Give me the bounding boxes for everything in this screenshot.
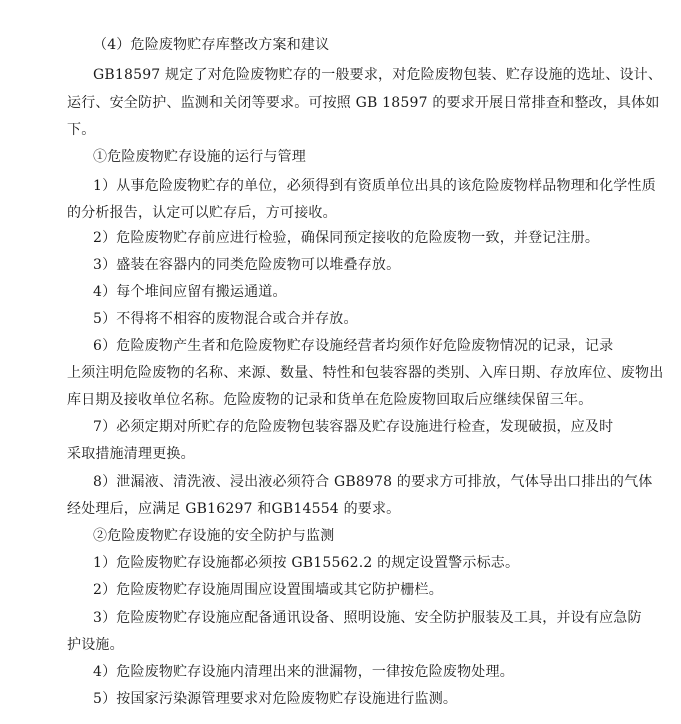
intro-line: GB18597 规定了对危险废物贮存的一般要求，对危险废物包装、贮存设施的选址、… <box>93 66 662 84</box>
text-line: 4）危险废物贮存设施内清理出来的泄漏物，一律按危险废物处理。 <box>93 663 514 681</box>
text-line: 4）每个堆间应留有搬运通道。 <box>93 283 287 301</box>
text-line: 7）必须定期对所贮存的危险废物包装容器及贮存设施进行检查，发现破损，应及时 <box>93 418 613 436</box>
intro-line: 下。 <box>67 121 95 139</box>
text-line: 2）危险废物贮存设施周围应设置围墙或其它防护栅栏。 <box>93 581 443 599</box>
text-line: 经处理后，应满足 GB16297 和GB14554 的要求。 <box>67 500 400 518</box>
text-line: 采取措施清理更换。 <box>67 445 195 463</box>
text-line: 2）危险废物贮存前应进行检验，确保同预定接收的危险废物一致，并登记注册。 <box>93 229 599 247</box>
text-line: 8）泄漏液、清洗液、浸出液必须符合 GB8978 的要求方可排放，气体导出口排出… <box>93 473 653 491</box>
text-line: 库日期及接收单位名称。危险废物的记录和货单在危险废物回取后应继续保留三年。 <box>67 391 592 409</box>
text-line: 3）盛装在容器内的同类危险废物可以堆叠存放。 <box>93 256 400 274</box>
text-line: 护设施。 <box>67 636 124 654</box>
text-line: 5）不得将不相容的废物混合或合并存放。 <box>93 310 358 328</box>
text-line: 1）从事危险废物贮存的单位，必须得到有资质单位出具的该危险废物样品物理和化学性质 <box>93 177 656 195</box>
intro-line: 运行、安全防护、监测和关闭等要求。可按照 GB 18597 的要求开展日常排查和… <box>67 94 660 112</box>
subsection-title: ①危险废物贮存设施的运行与管理 <box>93 148 306 166</box>
subsection-title: ②危险废物贮存设施的安全防护与监测 <box>93 527 334 545</box>
document-page: （4）危险废物贮存库整改方案和建议 GB18597 规定了对危险废物贮存的一般要… <box>0 0 681 724</box>
text-line: 1）危险废物贮存设施都必须按 GB15562.2 的规定设置警示标志。 <box>93 554 519 572</box>
text-line: 5）按国家污染源管理要求对危险废物贮存设施进行监测。 <box>93 690 457 708</box>
text-line: 的分析报告，认定可以贮存后，方可接收。 <box>67 204 337 222</box>
section-heading: （4）危险废物贮存库整改方案和建议 <box>93 36 329 54</box>
text-line: 6）危险废物产生者和危险废物贮存设施经营者均须作好危险废物情况的记录，记录 <box>93 337 613 355</box>
text-line: 3）危险废物贮存设施应配备通讯设备、照明设施、安全防护服装及工具，并设有应急防 <box>93 609 642 627</box>
text-line: 上须注明危险废物的名称、来源、数量、特性和包装容器的类别、入库日期、存放库位、废… <box>67 364 663 382</box>
